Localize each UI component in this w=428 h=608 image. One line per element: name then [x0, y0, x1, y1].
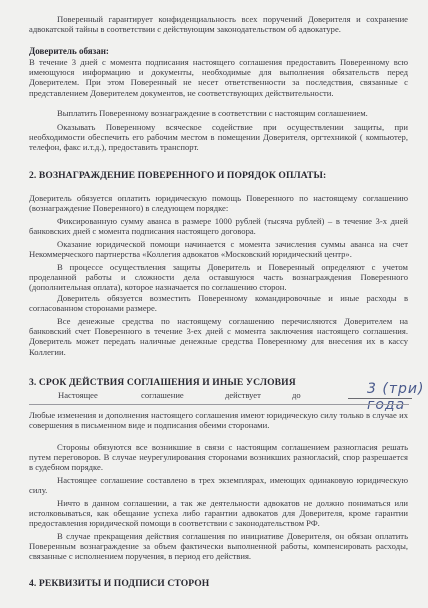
pay-fee-paragraph: Выплатить Поверенному вознаграждение в с… [29, 108, 408, 118]
section-2-heading: 2. ВОЗНАГРАЖДЕНИЕ ПОВЕРЕННОГО И ПОРЯДОК … [29, 170, 326, 181]
section-3-paragraph-2: Стороны обязуются все возникшие в связи … [29, 442, 408, 473]
section-2-paragraph-4: В процессе осуществления защиты Доверите… [29, 262, 408, 293]
section-3-heading: 3. СРОК ДЕЙСТВИЯ СОГЛАШЕНИЯ И ИНЫЕ УСЛОВ… [29, 377, 296, 388]
section-2-paragraph-5: Доверитель обязуется возместить Поверенн… [29, 293, 408, 313]
section-3-paragraph-1: Любые изменения и дополнения настоящего … [29, 410, 408, 430]
section-4-heading: 4. РЕКВИЗИТЫ И ПОДПИСИ СТОРОН [29, 578, 209, 589]
scanned-document-page: Поверенный гарантирует конфиденциальност… [0, 0, 428, 608]
section-2-paragraph-3: Оказание юридической помощи начинается с… [29, 239, 408, 259]
assist-paragraph: Оказывать Поверенному всяческое содейств… [29, 122, 408, 153]
term-word-3: действует [225, 390, 261, 400]
term-word-1: Настоящее [58, 390, 98, 400]
term-word-2: соглашение [141, 390, 184, 400]
section-3-paragraph-5: В случае прекращения действия соглашения… [29, 531, 408, 562]
section-2-paragraph-1: Доверитель обязуется оплатить юридическу… [29, 193, 408, 213]
confidentiality-paragraph: Поверенный гарантирует конфиденциальност… [29, 14, 408, 34]
signature-line [348, 398, 412, 399]
handwritten-term: 3 (три) года [367, 381, 428, 413]
term-word-4: до [292, 390, 301, 400]
principal-obliged-heading: Доверитель обязан: [29, 46, 408, 56]
section-3-paragraph-3: Настоящее соглашение составлено в трех э… [29, 475, 408, 495]
section-2-paragraph-2: Фиксированную сумму аванса в размере 100… [29, 216, 408, 236]
section-2-paragraph-6: Все денежные средства по настоящему согл… [29, 316, 408, 357]
section-3-paragraph-4: Ничто в данном соглашении, а так же деят… [29, 498, 408, 529]
divider-rule [29, 404, 409, 405]
provide-docs-paragraph: В течение 3 дней с момента подписания на… [29, 57, 408, 98]
